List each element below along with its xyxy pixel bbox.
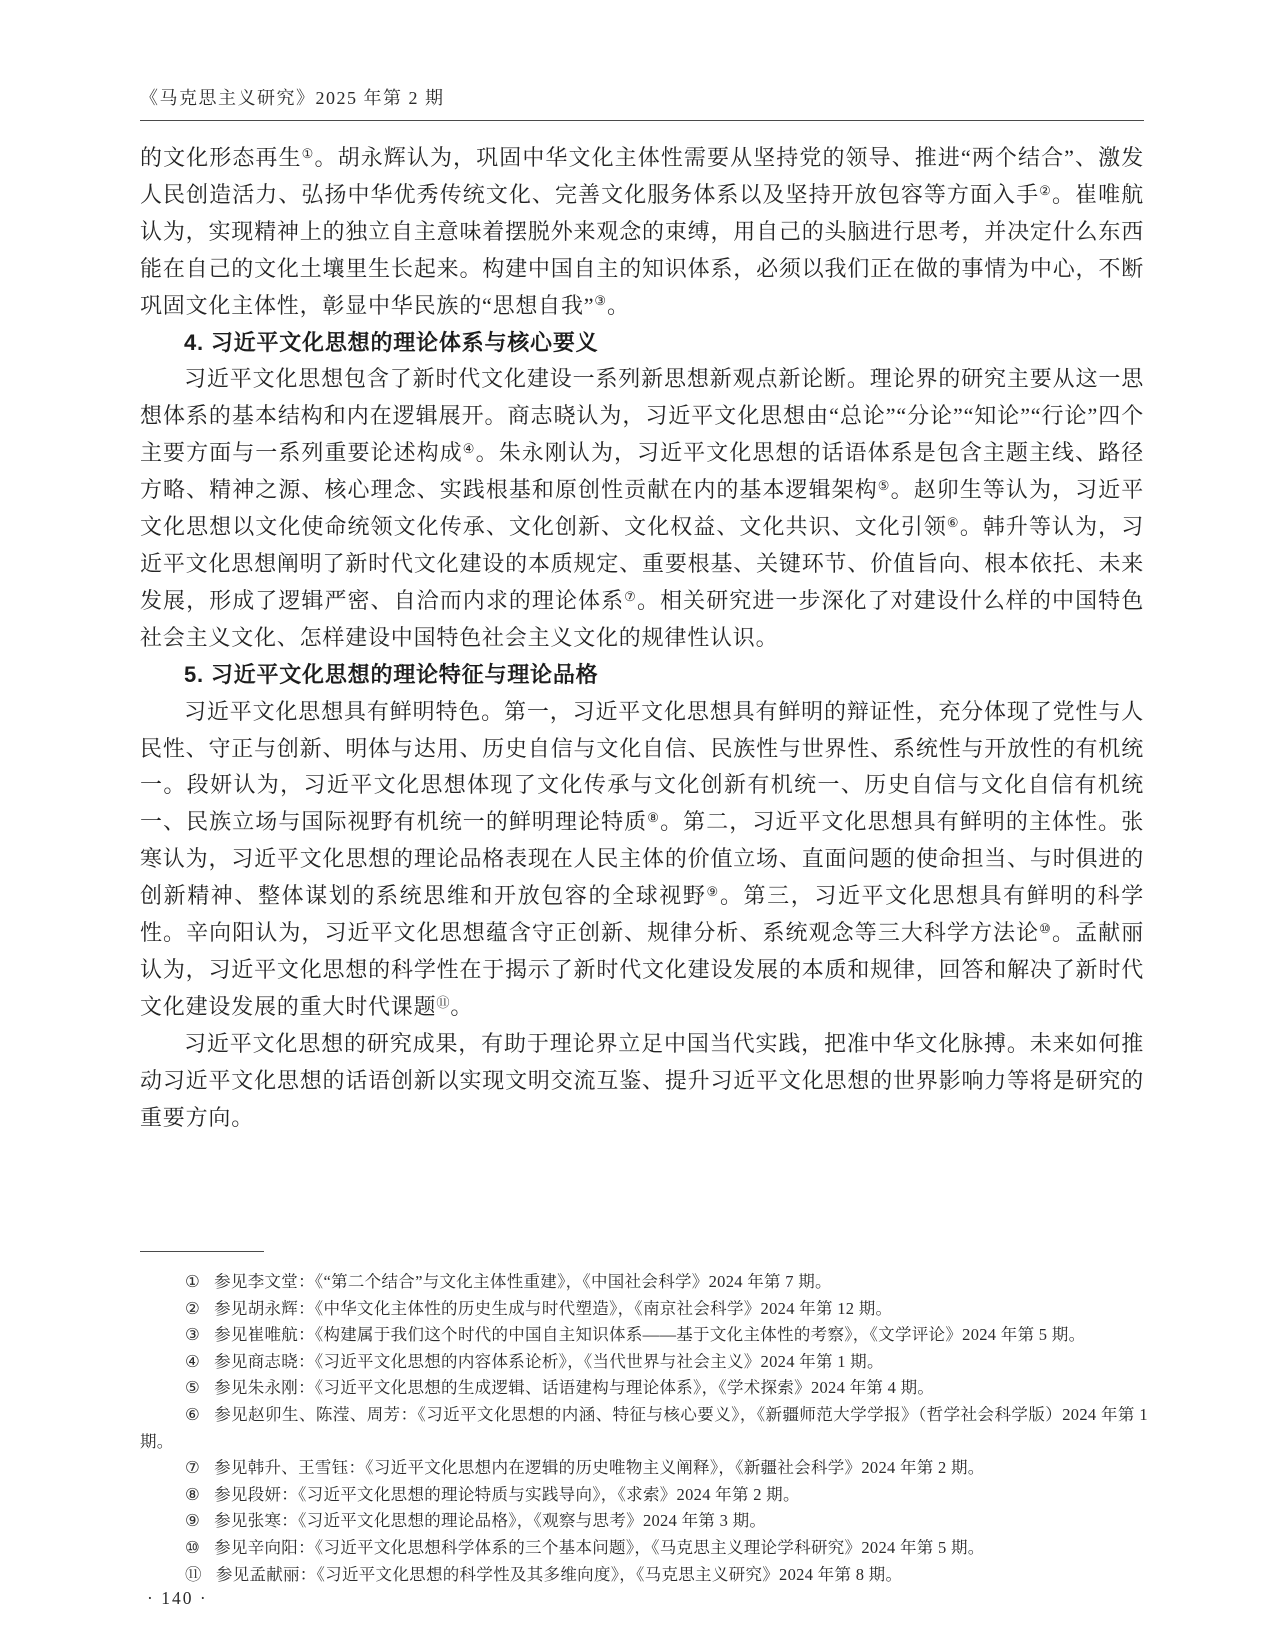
footnote-area: ①参见李文堂：《“第二个结合”与文化主体性重建》，《中国社会科学》2024 年第… xyxy=(140,1251,1148,1588)
footnote-text: 参见辛向阳：《习近平文化思想科学体系的三个基本问题》，《马克思主义理论学科研究》… xyxy=(214,1538,984,1557)
footnote-item: ⑦参见韩升、王雪钰：《习近平文化思想内在逻辑的历史唯物主义阐释》，《新疆社会科学… xyxy=(140,1455,1148,1482)
footnote-text: 参见商志晓：《习近平文化思想的内容体系论析》，《当代世界与社会主义》2024 年… xyxy=(214,1352,884,1371)
footnote-item: ②参见胡永辉：《中华文化主体性的历史生成与时代塑造》，《南京社会科学》2024 … xyxy=(140,1296,1148,1323)
footnote-item: ①参见李文堂：《“第二个结合”与文化主体性重建》，《中国社会科学》2024 年第… xyxy=(140,1269,1148,1296)
footnote-item: ⑩参见辛向阳：《习近平文化思想科学体系的三个基本问题》，《马克思主义理论学科研究… xyxy=(140,1535,1148,1562)
footnote-item: ③参见崔唯航：《构建属于我们这个时代的中国自主知识体系——基于文化主体性的考察》… xyxy=(140,1322,1148,1349)
page-number: · 140 · xyxy=(147,1588,208,1609)
footnote-marker: ⑨ xyxy=(185,1508,200,1535)
footnote-item: ⑨参见张寒：《习近平文化思想的理论品格》，《观察与思考》2024 年第 3 期。 xyxy=(140,1508,1148,1535)
footnote-marker: ⑤ xyxy=(185,1375,200,1402)
paragraph-section-5-features: 习近平文化思想具有鲜明特色。第一，习近平文化思想具有鲜明的辩证性，充分体现了党性… xyxy=(140,694,1144,1026)
footnote-marker: ③ xyxy=(185,1322,200,1349)
section-heading-5: 5. 习近平文化思想的理论特征与理论品格 xyxy=(140,657,1144,694)
paragraph-section-5-outlook: 习近平文化思想的研究成果，有助于理论界立足中国当代实践，把准中华文化脉搏。未来如… xyxy=(140,1026,1144,1137)
footnote-text: 参见韩升、王雪钰：《习近平文化思想内在逻辑的历史唯物主义阐释》，《新疆社会科学》… xyxy=(214,1458,984,1477)
footnote-marker: ⑦ xyxy=(185,1455,200,1482)
footnote-item: ⑧参见段妍：《习近平文化思想的理论特质与实践导向》，《求索》2024 年第 2 … xyxy=(140,1482,1148,1509)
footnote-marker: ⑧ xyxy=(185,1482,200,1509)
footnote-text: 参见崔唯航：《构建属于我们这个时代的中国自主知识体系——基于文化主体性的考察》，… xyxy=(214,1325,1085,1344)
footnote-marker: ⑪ xyxy=(185,1562,202,1589)
article-body: 的文化形态再生①。胡永辉认为，巩固中华文化主体性需要从坚持党的领导、推进“两个结… xyxy=(140,140,1144,1136)
footnote-item: ⑪参见孟献丽：《习近平文化思想的科学性及其多维向度》，《马克思主义研究》2024… xyxy=(140,1562,1148,1589)
journal-issue-label: 《马克思主义研究》2025 年第 2 期 xyxy=(140,84,1144,120)
footnote-marker: ⑥ xyxy=(185,1402,200,1429)
journal-page: 《马克思主义研究》2025 年第 2 期 的文化形态再生①。胡永辉认为，巩固中华… xyxy=(0,0,1280,1648)
footnote-marker: ② xyxy=(185,1296,200,1323)
footnote-marker: ① xyxy=(185,1269,200,1296)
footnote-marker: ④ xyxy=(185,1349,200,1376)
footnote-list: ①参见李文堂：《“第二个结合”与文化主体性重建》，《中国社会科学》2024 年第… xyxy=(140,1269,1148,1588)
footnote-text: 参见孟献丽：《习近平文化思想的科学性及其多维向度》，《马克思主义研究》2024 … xyxy=(216,1565,902,1584)
footnote-text: 参见李文堂：《“第二个结合”与文化主体性重建》，《中国社会科学》2024 年第 … xyxy=(214,1272,832,1291)
footnote-item: ④参见商志晓：《习近平文化思想的内容体系论析》，《当代世界与社会主义》2024 … xyxy=(140,1349,1148,1376)
footnote-text: 参见赵卯生、陈滢、周芳：《习近平文化思想的内涵、特征与核心要义》，《新疆师范大学… xyxy=(140,1405,1148,1451)
paragraph-continuation: 的文化形态再生①。胡永辉认为，巩固中华文化主体性需要从坚持党的领导、推进“两个结… xyxy=(140,140,1144,325)
footnote-divider xyxy=(140,1251,264,1252)
footnote-text: 参见张寒：《习近平文化思想的理论品格》，《观察与思考》2024 年第 3 期。 xyxy=(214,1511,766,1530)
footnote-item: ⑥参见赵卯生、陈滢、周芳：《习近平文化思想的内涵、特征与核心要义》，《新疆师范大… xyxy=(140,1402,1148,1455)
footnote-marker: ⑩ xyxy=(185,1535,200,1562)
footnote-text: 参见朱永刚：《习近平文化思想的生成逻辑、话语建构与理论体系》，《学术探索》202… xyxy=(214,1378,934,1397)
header-divider xyxy=(140,120,1144,121)
running-head: 《马克思主义研究》2025 年第 2 期 xyxy=(140,84,1144,121)
footnote-item: ⑤参见朱永刚：《习近平文化思想的生成逻辑、话语建构与理论体系》，《学术探索》20… xyxy=(140,1375,1148,1402)
paragraph-section-4: 习近平文化思想包含了新时代文化建设一系列新思想新观点新论断。理论界的研究主要从这… xyxy=(140,361,1144,656)
section-heading-4: 4. 习近平文化思想的理论体系与核心要义 xyxy=(140,325,1144,362)
footnote-text: 参见胡永辉：《中华文化主体性的历史生成与时代塑造》，《南京社会科学》2024 年… xyxy=(214,1299,892,1318)
footnote-text: 参见段妍：《习近平文化思想的理论特质与实践导向》，《求索》2024 年第 2 期… xyxy=(214,1485,800,1504)
